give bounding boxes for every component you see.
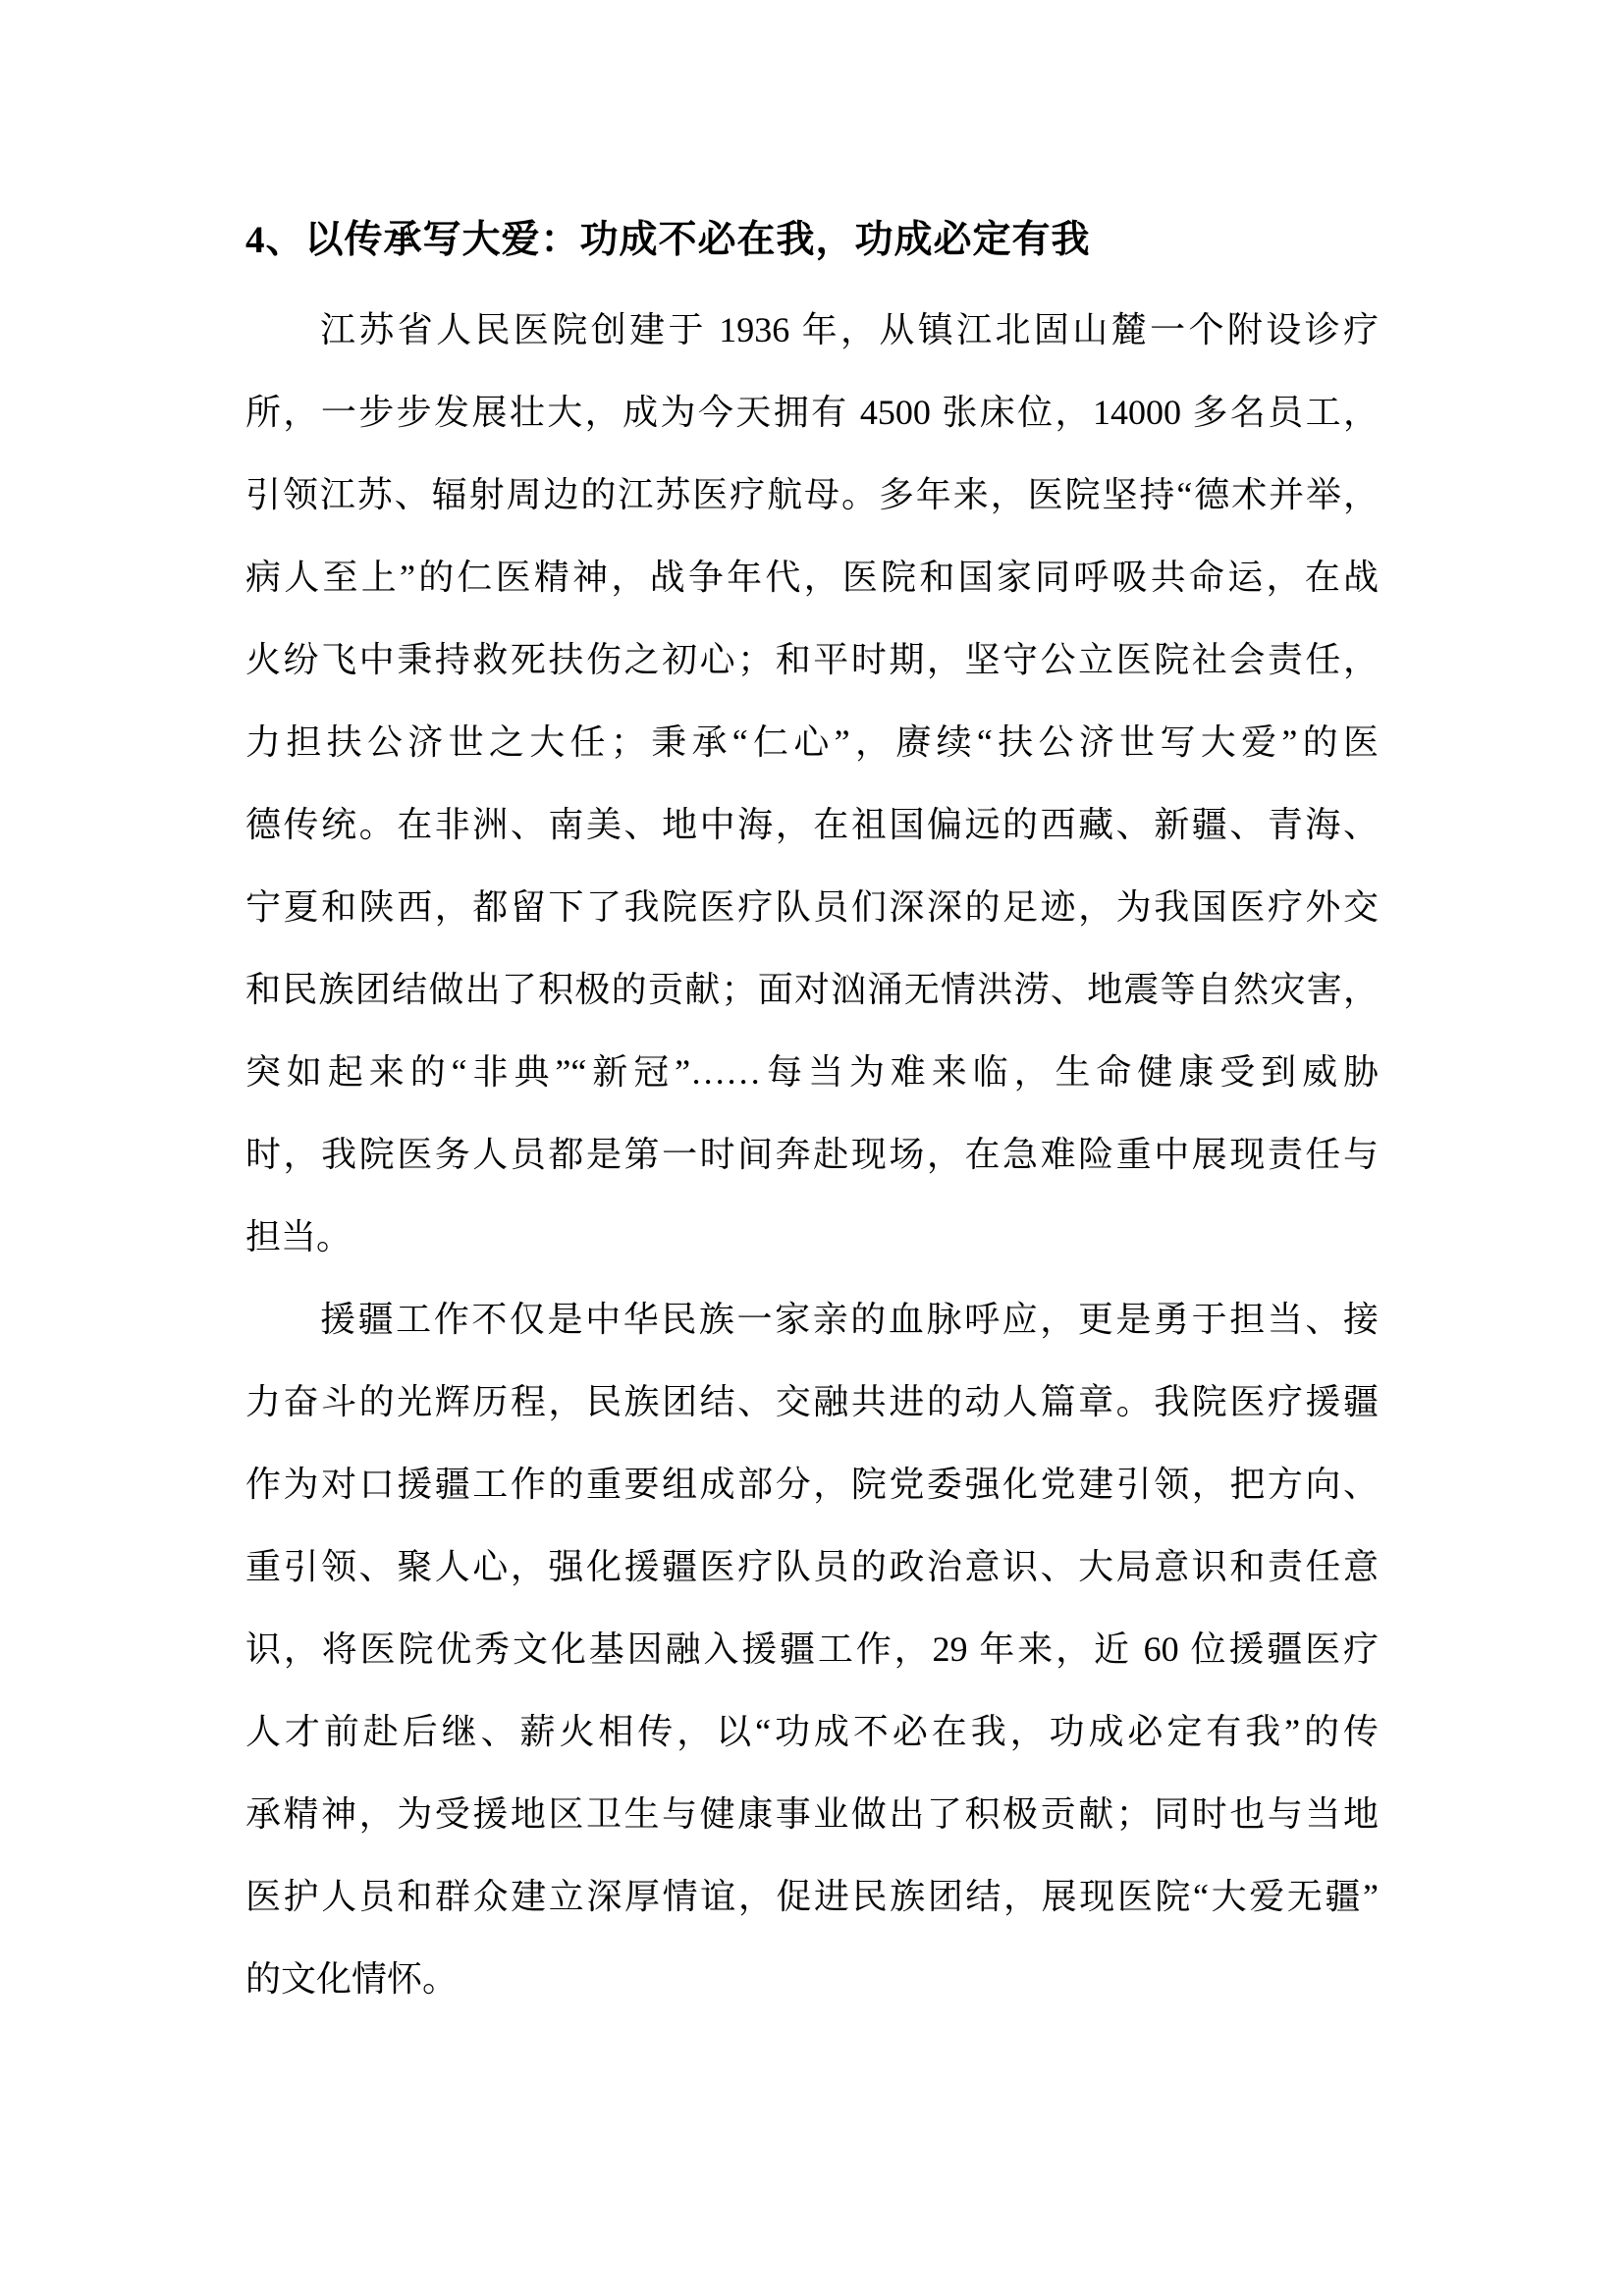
document-body: 江苏省人民医院创建于 1936 年，从镇江北固山麓一个附设诊疗所，一步步发展壮大…: [245, 289, 1379, 2020]
text-line: 和民族团结做出了积极的贡献；面对汹涌无情洪涝、地震等自然灾害，: [245, 948, 1379, 1031]
text-line: 德传统。在非洲、南美、地中海，在祖国偏远的西藏、新疆、青海、: [245, 783, 1379, 866]
text-line: 突如起来的“非典”“新冠”……每当为难来临，生命健康受到威胁: [245, 1031, 1379, 1113]
document-page: 4、以传承写大爱：功成不必在我，功成必定有我 江苏省人民医院创建于 1936 年…: [0, 0, 1624, 2296]
text-line: 力担扶公济世之大任；秉承“仁心”，赓续“扶公济世写大爱”的医: [245, 701, 1379, 783]
text-line: 医护人员和群众建立深厚情谊，促进民族团结，展现医院“大爱无疆”: [245, 1855, 1379, 1938]
text-line: 时，我院医务人员都是第一时间奔赴现场，在急难险重中展现责任与: [245, 1113, 1379, 1196]
text-line: 的文化情怀。: [245, 1938, 1379, 2020]
text-line: 所，一步步发展壮大，成为今天拥有 4500 张床位，14000 多名员工，: [245, 371, 1379, 454]
text-line: 江苏省人民医院创建于 1936 年，从镇江北固山麓一个附设诊疗: [245, 289, 1379, 371]
paragraph: 江苏省人民医院创建于 1936 年，从镇江北固山麓一个附设诊疗所，一步步发展壮大…: [245, 289, 1379, 1278]
text-line: 引领江苏、辐射周边的江苏医疗航母。多年来，医院坚持“德术并举，: [245, 454, 1379, 536]
paragraph: 援疆工作不仅是中华民族一家亲的血脉呼应，更是勇于担当、接力奋斗的光辉历程，民族团…: [245, 1278, 1379, 2020]
text-line: 承精神，为受援地区卫生与健康事业做出了积极贡献；同时也与当地: [245, 1773, 1379, 1855]
text-line: 识，将医院优秀文化基因融入援疆工作，29 年来，近 60 位援疆医疗: [245, 1608, 1379, 1690]
text-line: 病人至上”的仁医精神，战争年代，医院和国家同呼吸共命运，在战: [245, 536, 1379, 618]
text-line: 人才前赴后继、薪火相传，以“功成不必在我，功成必定有我”的传: [245, 1690, 1379, 1773]
text-line: 作为对口援疆工作的重要组成部分，院党委强化党建引领，把方向、: [245, 1443, 1379, 1525]
section-heading: 4、以传承写大爱：功成不必在我，功成必定有我: [245, 218, 1379, 263]
text-line: 宁夏和陕西，都留下了我院医疗队员们深深的足迹，为我国医疗外交: [245, 866, 1379, 948]
text-line: 力奋斗的光辉历程，民族团结、交融共进的动人篇章。我院医疗援疆: [245, 1361, 1379, 1443]
text-line: 援疆工作不仅是中华民族一家亲的血脉呼应，更是勇于担当、接: [245, 1278, 1379, 1361]
text-line: 重引领、聚人心，强化援疆医疗队员的政治意识、大局意识和责任意: [245, 1525, 1379, 1608]
text-line: 担当。: [245, 1196, 1379, 1278]
text-line: 火纷飞中秉持救死扶伤之初心；和平时期，坚守公立医院社会责任，: [245, 618, 1379, 701]
